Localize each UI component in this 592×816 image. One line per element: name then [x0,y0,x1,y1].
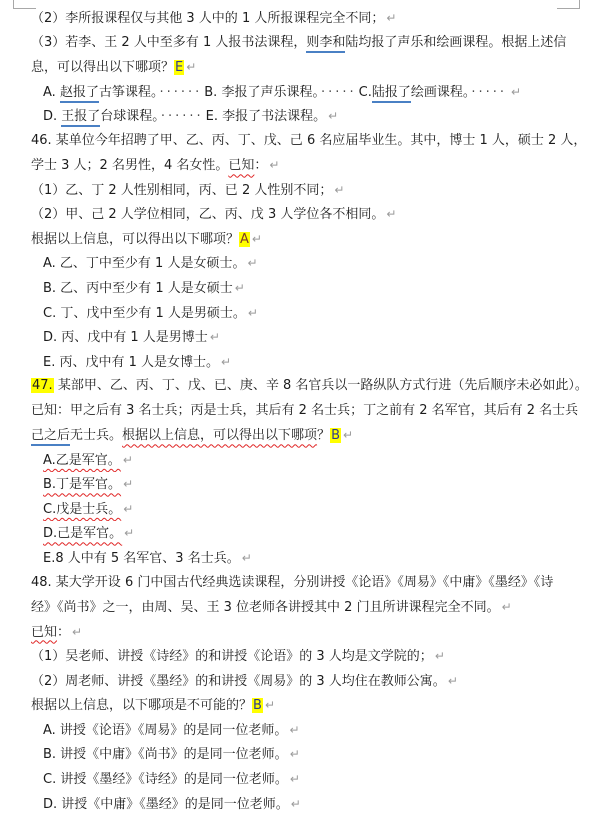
paragraph-mark-icon: ↵ [291,797,301,811]
text-segment: D. [43,109,61,124]
text-segment: C. [359,85,372,100]
paragraph-mark-icon: ↵ [386,207,396,221]
text-segment: 绘画课程。 [411,85,470,100]
text-line: （2）李所报课程仅与其他 3 人中的 1 人所报课程完全不同；↵ [31,6,579,31]
text-segment: ？ [317,428,330,443]
paragraph-mark-icon: ↵ [242,551,252,565]
text-segment: 根据以上信息，以下哪项是不可能的？ [31,698,252,713]
text-segment: D. 丙、戊中有 1 人是男博士 [43,330,208,345]
paragraph-mark-icon: ↵ [186,60,196,74]
spellcheck-wavy-text: 已知 [31,625,57,640]
document-page: { "page": { "bg": "#ffffff", "text_color… [0,0,592,816]
text-segment: ： [57,625,70,640]
text-line: B.丁是军官。↵ [31,472,579,497]
paragraph-mark-icon: ↵ [221,355,231,369]
text-segment: 某部甲、乙、丙、丁、戊、已、庚、辛 8 名官兵以一路纵队方式行进（先后顺序未必如… [54,378,579,393]
text-line: 学士 3 人；2 名男性，4 名女性。已知：↵ [31,153,579,178]
text-segment: 古筝课程。 [99,85,158,100]
text-segment: C. 丁、戊中至少有 1 人是男硕士。 [43,306,246,321]
space-dots: ······ [159,85,202,100]
highlighted-answer: 47. [31,378,54,393]
text-segment: E. 丙、戊中有 1 人是女博士。 [43,355,219,370]
text-line: D. 王报了台球课程。······E. 李报了书法课程。↵ [31,104,579,129]
highlighted-answer: B [252,698,263,713]
paragraph-mark-icon: ↵ [248,306,258,320]
text-line: 己之后无士兵。根据以上信息，可以得出以下哪项？B↵ [31,423,579,448]
text-line: E.8 人中有 5 名军官、3 名士兵。↵ [31,546,579,571]
blue-underlined-text: 陆报了 [372,85,411,103]
space-dots: ······ [161,109,204,124]
text-segment: A. 讲授《论语》《周易》的是同一位老师。 [43,723,287,738]
text-line: B. 讲授《中庸》《尚书》的是同一位老师。↵ [31,742,579,767]
text-line: （1）乙、丁 2 人性别相同，丙、已 2 人性别不同；↵ [31,178,579,203]
paragraph-mark-icon: ↵ [247,256,257,270]
text-segment: （2）周老师、讲授《墨经》的和讲授《周易》的 3 人均住在教师公寓。 [31,674,446,689]
text-line: A.乙是军官。↵ [31,448,579,473]
text-line: 47. 某部甲、乙、丙、丁、戊、已、庚、辛 8 名官兵以一路纵队方式行进（先后顺… [31,374,579,399]
paragraph-mark-icon: ↵ [123,453,133,467]
text-segment: 经》《尚书》之一，由周、吴、王 3 位老师各讲授其中 2 门且所讲课程完全不同。 [31,600,500,615]
text-line: A. 赵报了古筝课程。······B. 李报了声乐课程。·····C.陆报了绘画… [31,80,579,105]
text-line: （3）若李、王 2 人中至多有 1 人报书法课程，则李和陆均报了声乐和绘画课程。… [31,31,579,56]
spellcheck-wavy-text: B.丁是军官。 [43,477,121,492]
text-line: B. 乙、丙中至少有 1 人是女硕士↵ [31,276,579,301]
text-line: （2）周老师、讲授《墨经》的和讲授《周易》的 3 人均住在教师公寓。↵ [31,669,579,694]
text-line: 48. 某大学开设 6 门中国古代经典选读课程，分别讲授《论语》《周易》《中庸》… [31,571,579,596]
document-body: （2）李所报课程仅与其他 3 人中的 1 人所报课程完全不同；↵（3）若李、王 … [31,6,579,816]
text-line: E. 丙、戊中有 1 人是女博士。↵ [31,350,579,375]
highlighted-answer: A [239,232,250,247]
text-line: D.己是军官。↵ [31,521,579,546]
paragraph-mark-icon: ↵ [334,183,344,197]
paragraph-mark-icon: ↵ [502,600,512,614]
space-dots: ····· [471,85,507,100]
paragraph-mark-icon: ↵ [328,109,338,123]
paragraph-mark-icon: ↵ [124,526,134,540]
text-line: 经》《尚书》之一，由周、吴、王 3 位老师各讲授其中 2 门且所讲课程完全不同。… [31,595,579,620]
space-dots: ····· [321,85,357,100]
spellcheck-wavy-text: C.戊是士兵。 [43,502,121,517]
text-line: A. 讲授《论语》《周易》的是同一位老师。↵ [31,718,579,743]
text-segment: 46. 某单位今年招聘了甲、乙、丙、丁、戊、己 6 名应届毕业生。其中，博士 1… [31,133,579,148]
paragraph-mark-icon: ↵ [343,428,353,442]
text-segment: B. 乙、丙中至少有 1 人是女硕士 [43,281,233,296]
text-segment: A. 乙、丁中至少有 1 人是女硕士。 [43,256,245,271]
text-line: D. 讲授《中庸》《墨经》的是同一位老师。↵ [31,792,579,816]
paragraph-mark-icon: ↵ [511,85,521,99]
text-segment: 台球课程。 [100,109,159,124]
paragraph-mark-icon: ↵ [269,158,279,172]
paragraph-mark-icon: ↵ [235,281,245,295]
blue-underlined-text: 王报了 [61,109,100,127]
paragraph-mark-icon: ↵ [448,674,458,688]
paragraph-mark-icon: ↵ [210,330,220,344]
text-segment: 无士兵。 [70,428,122,443]
text-segment: E. 李报了书法课程。 [206,109,326,124]
spellcheck-wavy-text: D.己是军官。 [43,526,122,541]
paragraph-mark-icon: ↵ [265,698,275,712]
text-segment: B. 李报了声乐课程。 [204,85,319,100]
text-segment: ： [254,158,267,173]
text-segment: （1）乙、丁 2 人性别相同，丙、已 2 人性别不同； [31,183,332,198]
highlighted-answer: B [330,428,341,443]
text-segment: E.8 人中有 5 名军官、3 名士兵。 [43,551,240,566]
paragraph-mark-icon: ↵ [252,232,262,246]
text-line: A. 乙、丁中至少有 1 人是女硕士。↵ [31,251,579,276]
paragraph-mark-icon: ↵ [123,477,133,491]
text-segment: 根据以上信息，可以得出以下哪项？ [31,232,239,247]
paragraph-mark-icon: ↵ [386,11,396,25]
text-segment: D. 讲授《中庸》《墨经》的是同一位老师。 [43,797,289,812]
text-line: 根据以上信息，以下哪项是不可能的？B↵ [31,693,579,718]
highlighted-answer: E [174,60,184,75]
paragraph-mark-icon: ↵ [435,649,445,663]
crop-mark-top-right-vertical [579,0,580,8]
text-segment: B. 讲授《中庸》《尚书》的是同一位老师。 [43,747,288,762]
text-segment: （1）吴老师、讲授《诗经》的和讲授《论语》的 3 人均是文学院的； [31,649,433,664]
spellcheck-wavy-text: A.乙是军官。 [43,453,121,468]
text-segment: 息，可以得出以下哪项？ [31,60,174,75]
paragraph-mark-icon: ↵ [289,723,299,737]
blue-underlined-text: 己之后 [31,428,70,446]
blue-underlined-text: 赵报了 [60,85,99,103]
text-line: 息，可以得出以下哪项？E↵ [31,55,579,80]
text-segment: 48. 某大学开设 6 门中国古代经典选读课程，分别讲授《论语》《周易》《中庸》… [31,575,553,590]
text-line: （1）吴老师、讲授《诗经》的和讲授《论语》的 3 人均是文学院的；↵ [31,644,579,669]
paragraph-mark-icon: ↵ [290,772,300,786]
text-segment: （2）甲、己 2 人学位相同，乙、丙、戊 3 人学位各不相同。 [31,207,384,222]
paragraph-mark-icon: ↵ [123,502,133,516]
text-line: 已知：↵ [31,620,579,645]
text-segment: C. 讲授《墨经》《诗经》的是同一位老师。 [43,772,288,787]
text-line: 46. 某单位今年招聘了甲、乙、丙、丁、戊、己 6 名应届毕业生。其中，博士 1… [31,129,579,154]
spellcheck-wavy-text: 已知 [228,158,254,173]
text-line: C.戊是士兵。↵ [31,497,579,522]
paragraph-mark-icon: ↵ [72,625,82,639]
text-line: 已知：甲之后有 3 名士兵；丙是士兵，其后有 2 名士兵；丁之前有 2 名军官，… [31,399,579,424]
text-line: C. 讲授《墨经》《诗经》的是同一位老师。↵ [31,767,579,792]
crop-mark-top-left-vertical [13,0,14,8]
text-line: （2）甲、己 2 人学位相同，乙、丙、戊 3 人学位各不相同。↵ [31,202,579,227]
paragraph-mark-icon: ↵ [290,747,300,761]
text-segment: 陆均报了声乐和绘画课程。根据上述信 [345,35,566,50]
text-segment: 学士 3 人；2 名男性，4 名女性。 [31,158,228,173]
text-line: 根据以上信息，可以得出以下哪项？A↵ [31,227,579,252]
blue-underlined-text: 则李和 [306,35,345,53]
text-segment: A. [43,85,60,100]
text-line: D. 丙、戊中有 1 人是男博士↵ [31,325,579,350]
spellcheck-wavy-text: 根据以上信息，可以得出以下哪项 [122,428,317,443]
text-segment: （3）若李、王 2 人中至多有 1 人报书法课程， [31,35,306,50]
text-line: C. 丁、戊中至少有 1 人是男硕士。↵ [31,301,579,326]
text-segment: 已知：甲之后有 3 名士兵；丙是士兵，其后有 2 名士兵；丁之前有 2 名军官，… [31,403,579,418]
text-segment: （2）李所报课程仅与其他 3 人中的 1 人所报课程完全不同； [31,11,384,26]
